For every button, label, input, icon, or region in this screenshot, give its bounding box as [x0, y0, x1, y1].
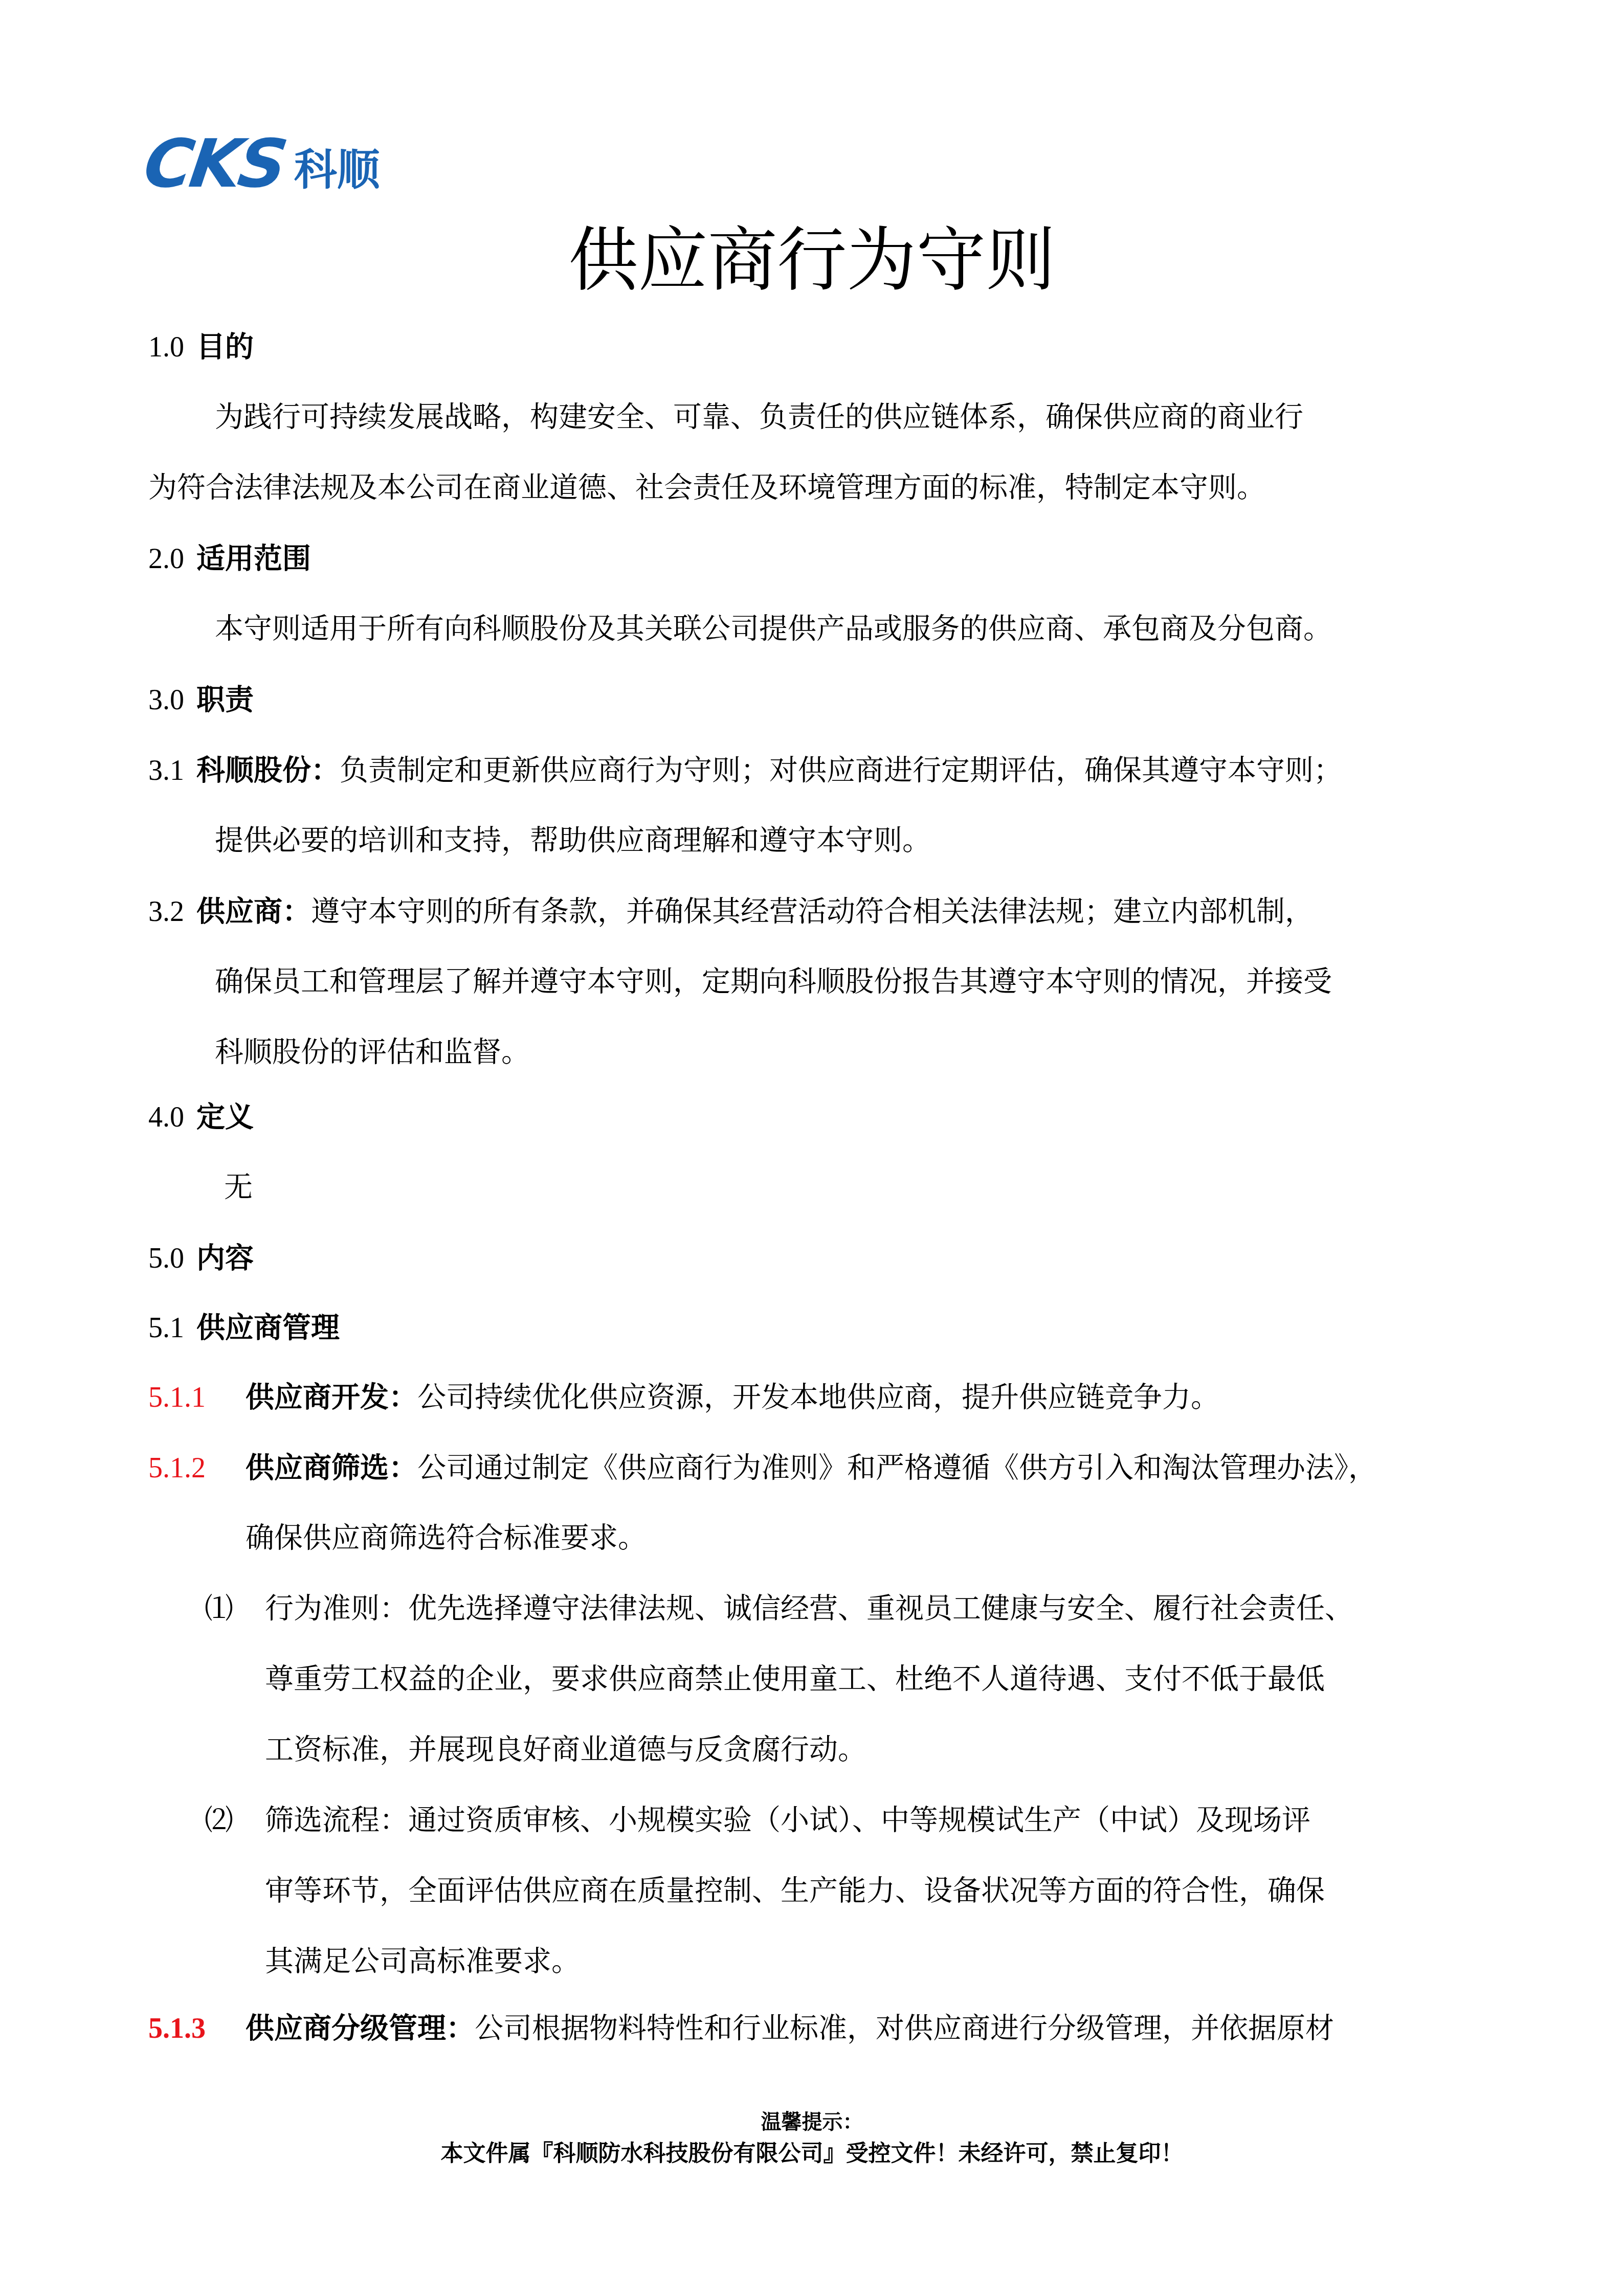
paragraph-line: 其满足公司高标准要求。: [265, 1941, 580, 1982]
paragraph-line: 为践行可持续发展战略，构建安全、可靠、负责任的供应链体系，确保供应商的商业行: [215, 397, 1303, 438]
footer-notice: 本文件属『科顺防水科技股份有限公司』受控文件！未经许可，禁止复印！: [0, 2137, 1624, 2170]
section-heading-2: 2.0适用范围: [148, 538, 311, 579]
paragraph-line: 本守则适用于所有向科顺股份及其关联公司提供产品或服务的供应商、承包商及分包商。: [215, 609, 1332, 649]
responsibility-item-3-1: 3.1科顺股份：负责制定和更新供应商行为守则；对供应商进行定期评估，确保其遵守本…: [148, 750, 1342, 791]
sub-item-2: ⑵筛选流程：通过资质审核、小规模实验（小试）、中等规模试生产（中试）及现场评: [205, 1800, 1310, 1841]
paragraph-line: 确保员工和管理层了解并遵守本守则，定期向科顺股份报告其遵守本守则的情况，并接受: [215, 961, 1332, 1002]
section-heading-3: 3.0职责: [148, 679, 254, 721]
logo-chinese: 科顺: [294, 148, 380, 191]
paragraph-line: 科顺股份的评估和监督。: [215, 1032, 530, 1073]
item-5-1-1: 5.1.1供应商开发：公司持续优化供应资源，开发本地供应商，提升供应链竞争力。: [148, 1377, 1219, 1418]
sub-item-1: ⑴行为准则：优先选择遵守法律法规、诚信经营、重视员工健康与安全、履行社会责任、: [205, 1588, 1353, 1629]
definition-body: 无: [224, 1167, 253, 1208]
item-5-1-3: 5.1.3供应商分级管理：公司根据物料特性和行业标准，对供应商进行分级管理，并依…: [148, 2008, 1334, 2049]
section-heading-1: 1.0目的: [148, 326, 254, 368]
paragraph-line: 提供必要的培训和支持，帮助供应商理解和遵守本守则。: [215, 820, 931, 861]
subsection-heading-5-1: 5.1供应商管理: [148, 1307, 340, 1348]
footer-title: 温馨提示：: [0, 2107, 1624, 2137]
paragraph-line: 为符合法律法规及本公司在商业道德、社会责任及环境管理方面的标准，特制定本守则。: [148, 467, 1265, 508]
item-5-1-2: 5.1.2供应商筛选：公司通过制定《供应商行为准则》和严格遵循《供方引入和淘汰管…: [148, 1447, 1377, 1489]
responsibility-item-3-2: 3.2供应商：遵守本守则的所有条款，并确保其经营活动符合相关法律法规；建立内部机…: [148, 891, 1314, 932]
paragraph-line: 确保供应商筛选符合标准要求。: [246, 1518, 647, 1559]
section-heading-4: 4.0定义: [148, 1096, 254, 1138]
company-logo: CKS 科顺: [145, 128, 380, 199]
logo-latin: CKS: [140, 130, 288, 197]
page-title: 供应商行为守则: [0, 215, 1624, 307]
section-heading-5: 5.0内容: [148, 1237, 254, 1279]
paragraph-line: 尊重劳工权益的企业，要求供应商禁止使用童工、杜绝不人道待遇、支付不低于最低: [265, 1659, 1325, 1700]
paragraph-line: 审等环节，全面评估供应商在质量控制、生产能力、设备状况等方面的符合性，确保: [265, 1871, 1325, 1911]
paragraph-line: 工资标准，并展现良好商业道德与反贪腐行动。: [265, 1729, 866, 1770]
